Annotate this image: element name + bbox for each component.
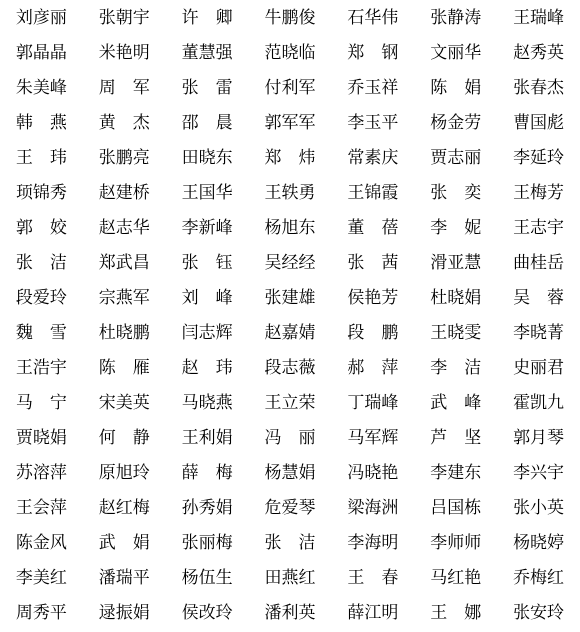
name-row: 朱美峰周 军张 雷付利军乔玉祥陈 娟张春杰 bbox=[0, 70, 580, 105]
name-cell: 王立荣 bbox=[249, 385, 332, 420]
name-row: 王 玮张鹏亮田晓东郑 炜常素庆贾志丽李延玲 bbox=[0, 140, 580, 175]
name-cell: 吴经经 bbox=[249, 245, 332, 280]
name-cell: 李延玲 bbox=[497, 140, 580, 175]
name-cell: 郝 萍 bbox=[331, 350, 414, 385]
name-cell: 王 春 bbox=[331, 560, 414, 595]
name-cell: 杨金劳 bbox=[414, 105, 497, 140]
name-cell: 薛 梅 bbox=[166, 455, 249, 490]
name-cell: 王国华 bbox=[166, 175, 249, 210]
name-cell: 苏溶萍 bbox=[0, 455, 83, 490]
name-cell: 韩 燕 bbox=[0, 105, 83, 140]
name-cell: 黄 杰 bbox=[83, 105, 166, 140]
name-cell: 张 茜 bbox=[331, 245, 414, 280]
name-row: 周秀平逯振娟侯改玲潘利英薛江明王 娜张安玲 bbox=[0, 595, 580, 630]
name-row: 郭 姣赵志华李新峰杨旭东董 蓓李 妮王志宇 bbox=[0, 210, 580, 245]
name-cell: 原旭玲 bbox=[83, 455, 166, 490]
name-cell: 李玉平 bbox=[331, 105, 414, 140]
name-cell: 张小英 bbox=[497, 490, 580, 525]
name-cell: 马 宁 bbox=[0, 385, 83, 420]
name-cell: 乔玉祥 bbox=[331, 70, 414, 105]
name-cell: 马晓燕 bbox=[166, 385, 249, 420]
name-cell: 杜晓娟 bbox=[414, 280, 497, 315]
name-cell: 宋美英 bbox=[83, 385, 166, 420]
name-cell: 李晓菁 bbox=[497, 315, 580, 350]
name-row: 马 宁宋美英马晓燕王立荣丁瑞峰武 峰霍凯九 bbox=[0, 385, 580, 420]
name-cell: 段爱玲 bbox=[0, 280, 83, 315]
name-cell: 李兴宇 bbox=[497, 455, 580, 490]
name-cell: 米艳明 bbox=[83, 35, 166, 70]
name-cell: 滑亚慧 bbox=[414, 245, 497, 280]
name-cell: 张鹏亮 bbox=[83, 140, 166, 175]
name-cell: 郑武昌 bbox=[83, 245, 166, 280]
name-cell: 冯 丽 bbox=[249, 420, 332, 455]
name-cell: 王轶勇 bbox=[249, 175, 332, 210]
name-cell: 王利娟 bbox=[166, 420, 249, 455]
name-cell: 赵志华 bbox=[83, 210, 166, 245]
name-cell: 刘彦丽 bbox=[0, 0, 83, 35]
name-cell: 潘瑞平 bbox=[83, 560, 166, 595]
name-row: 李美红潘瑞平杨伍生田燕红王 春马红艳乔梅红 bbox=[0, 560, 580, 595]
name-cell: 郭晶晶 bbox=[0, 35, 83, 70]
name-row: 韩 燕黄 杰邵 晨郭军军李玉平杨金劳曹国彪 bbox=[0, 105, 580, 140]
name-cell: 王志宇 bbox=[497, 210, 580, 245]
name-cell: 杨晓婷 bbox=[497, 525, 580, 560]
name-cell: 李美红 bbox=[0, 560, 83, 595]
name-cell: 武 峰 bbox=[414, 385, 497, 420]
name-row: 王浩宇陈 雁赵 玮段志薇郝 萍李 洁史丽君 bbox=[0, 350, 580, 385]
name-cell: 吕国栋 bbox=[414, 490, 497, 525]
name-cell: 曹国彪 bbox=[497, 105, 580, 140]
name-cell: 张建雄 bbox=[249, 280, 332, 315]
name-grid: 刘彦丽张朝宇许 卿牛鹏俊石华伟张静涛王瑞峰郭晶晶米艳明董慧强范晓临郑 钢文丽华赵… bbox=[0, 0, 580, 632]
name-cell: 张静涛 bbox=[414, 0, 497, 35]
name-cell: 顼锦秀 bbox=[0, 175, 83, 210]
name-cell: 赵嘉婧 bbox=[249, 315, 332, 350]
name-cell: 王 玮 bbox=[0, 140, 83, 175]
name-cell: 王浩宇 bbox=[0, 350, 83, 385]
name-cell: 常素庆 bbox=[331, 140, 414, 175]
name-cell: 王晓雯 bbox=[414, 315, 497, 350]
name-cell: 丁瑞峰 bbox=[331, 385, 414, 420]
name-cell: 郑 钢 bbox=[331, 35, 414, 70]
name-row: 王会萍赵红梅孙秀娟危爱琴梁海洲吕国栋张小英 bbox=[0, 490, 580, 525]
name-cell: 张春杰 bbox=[497, 70, 580, 105]
name-cell: 杨伍生 bbox=[166, 560, 249, 595]
name-cell: 赵 玮 bbox=[166, 350, 249, 385]
name-cell: 范晓临 bbox=[249, 35, 332, 70]
name-cell: 田晓东 bbox=[166, 140, 249, 175]
name-cell: 乔梅红 bbox=[497, 560, 580, 595]
name-cell: 冯晓艳 bbox=[331, 455, 414, 490]
name-cell: 潘利英 bbox=[249, 595, 332, 630]
name-cell: 贾晓娟 bbox=[0, 420, 83, 455]
name-cell: 郭 姣 bbox=[0, 210, 83, 245]
name-cell: 曲桂岳 bbox=[497, 245, 580, 280]
name-cell: 文丽华 bbox=[414, 35, 497, 70]
name-cell: 周秀平 bbox=[0, 595, 83, 630]
name-cell: 武 娟 bbox=[83, 525, 166, 560]
name-roster-page: 刘彦丽张朝宇许 卿牛鹏俊石华伟张静涛王瑞峰郭晶晶米艳明董慧强范晓临郑 钢文丽华赵… bbox=[0, 0, 580, 632]
name-cell: 宗燕军 bbox=[83, 280, 166, 315]
name-cell: 付利军 bbox=[249, 70, 332, 105]
name-cell: 张 洁 bbox=[0, 245, 83, 280]
name-cell: 张安玲 bbox=[497, 595, 580, 630]
name-cell: 田燕红 bbox=[249, 560, 332, 595]
name-row: 刘彦丽张朝宇许 卿牛鹏俊石华伟张静涛王瑞峰 bbox=[0, 0, 580, 35]
name-cell: 赵秀英 bbox=[497, 35, 580, 70]
name-cell: 王锦霞 bbox=[331, 175, 414, 210]
name-cell: 李海明 bbox=[331, 525, 414, 560]
name-cell: 李 洁 bbox=[414, 350, 497, 385]
name-cell: 许 卿 bbox=[166, 0, 249, 35]
name-cell: 张朝宇 bbox=[83, 0, 166, 35]
name-cell: 芦 坚 bbox=[414, 420, 497, 455]
name-row: 苏溶萍原旭玲薛 梅杨慧娟冯晓艳李建东李兴宇 bbox=[0, 455, 580, 490]
name-cell: 石华伟 bbox=[331, 0, 414, 35]
name-cell: 史丽君 bbox=[497, 350, 580, 385]
name-cell: 陈 雁 bbox=[83, 350, 166, 385]
name-cell: 何 静 bbox=[83, 420, 166, 455]
name-row: 顼锦秀赵建桥王国华王轶勇王锦霞张 奕王梅芳 bbox=[0, 175, 580, 210]
name-cell: 李 妮 bbox=[414, 210, 497, 245]
name-cell: 魏 雪 bbox=[0, 315, 83, 350]
name-cell: 郭军军 bbox=[249, 105, 332, 140]
name-cell: 李师师 bbox=[414, 525, 497, 560]
name-cell: 霍凯九 bbox=[497, 385, 580, 420]
name-cell: 孙秀娟 bbox=[166, 490, 249, 525]
name-cell: 段志薇 bbox=[249, 350, 332, 385]
name-cell: 侯改玲 bbox=[166, 595, 249, 630]
name-row: 郭晶晶米艳明董慧强范晓临郑 钢文丽华赵秀英 bbox=[0, 35, 580, 70]
name-cell: 邵 晨 bbox=[166, 105, 249, 140]
name-row: 贾晓娟何 静王利娟冯 丽马军辉芦 坚郭月琴 bbox=[0, 420, 580, 455]
name-cell: 王 娜 bbox=[414, 595, 497, 630]
name-cell: 李新峰 bbox=[166, 210, 249, 245]
name-row: 张 洁郑武昌张 钰吴经经张 茜滑亚慧曲桂岳 bbox=[0, 245, 580, 280]
name-cell: 杜晓鹏 bbox=[83, 315, 166, 350]
name-cell: 马军辉 bbox=[331, 420, 414, 455]
name-cell: 杨慧娟 bbox=[249, 455, 332, 490]
name-cell: 赵建桥 bbox=[83, 175, 166, 210]
name-cell: 郑 炜 bbox=[249, 140, 332, 175]
name-cell: 吴 蓉 bbox=[497, 280, 580, 315]
name-cell: 梁海洲 bbox=[331, 490, 414, 525]
name-cell: 王梅芳 bbox=[497, 175, 580, 210]
name-cell: 马红艳 bbox=[414, 560, 497, 595]
name-cell: 董 蓓 bbox=[331, 210, 414, 245]
name-row: 魏 雪杜晓鹏闫志辉赵嘉婧段 鹏王晓雯李晓菁 bbox=[0, 315, 580, 350]
name-cell: 刘 峰 bbox=[166, 280, 249, 315]
name-cell: 张 洁 bbox=[249, 525, 332, 560]
name-cell: 李建东 bbox=[414, 455, 497, 490]
name-row: 陈金风武 娟张丽梅张 洁李海明李师师杨晓婷 bbox=[0, 525, 580, 560]
name-cell: 张 奕 bbox=[414, 175, 497, 210]
name-cell: 薛江明 bbox=[331, 595, 414, 630]
name-cell: 侯艳芳 bbox=[331, 280, 414, 315]
name-cell: 周 军 bbox=[83, 70, 166, 105]
name-cell: 王会萍 bbox=[0, 490, 83, 525]
name-cell: 段 鹏 bbox=[331, 315, 414, 350]
name-cell: 陈金风 bbox=[0, 525, 83, 560]
name-cell: 张 钰 bbox=[166, 245, 249, 280]
name-cell: 危爱琴 bbox=[249, 490, 332, 525]
name-cell: 赵红梅 bbox=[83, 490, 166, 525]
name-cell: 闫志辉 bbox=[166, 315, 249, 350]
name-cell: 张丽梅 bbox=[166, 525, 249, 560]
name-row: 段爱玲宗燕军刘 峰张建雄侯艳芳杜晓娟吴 蓉 bbox=[0, 280, 580, 315]
name-cell: 牛鹏俊 bbox=[249, 0, 332, 35]
name-cell: 陈 娟 bbox=[414, 70, 497, 105]
name-cell: 杨旭东 bbox=[249, 210, 332, 245]
name-cell: 张 雷 bbox=[166, 70, 249, 105]
name-cell: 朱美峰 bbox=[0, 70, 83, 105]
name-cell: 贾志丽 bbox=[414, 140, 497, 175]
name-cell: 王瑞峰 bbox=[497, 0, 580, 35]
name-cell: 逯振娟 bbox=[83, 595, 166, 630]
name-cell: 董慧强 bbox=[166, 35, 249, 70]
name-cell: 郭月琴 bbox=[497, 420, 580, 455]
